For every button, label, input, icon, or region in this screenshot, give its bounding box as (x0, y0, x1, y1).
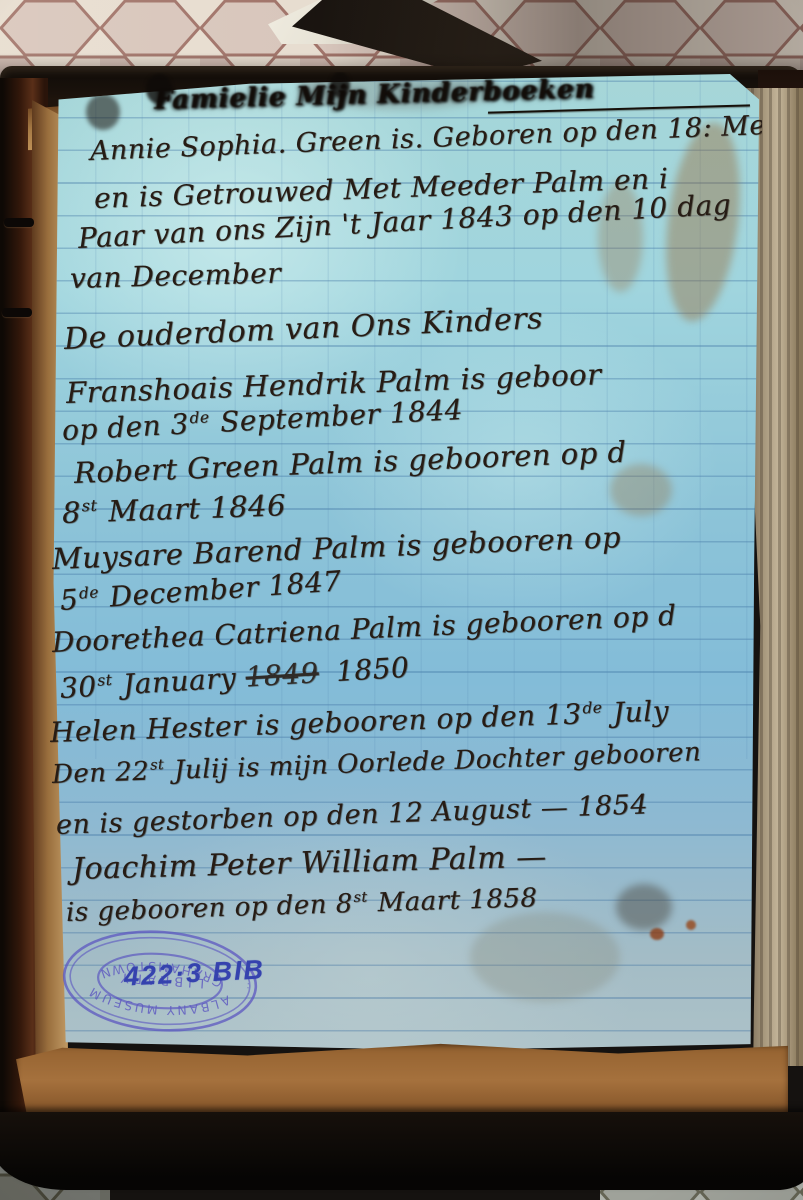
register-entry-1: Annie Sophia. Green is. Geboren op den 1… (89, 109, 762, 167)
photo-of-family-register: Famielie Mijn Kinderboeken Annie Sophia.… (0, 0, 803, 1200)
register-entry-18: is gebooren op den 8st Maart 1858 (66, 883, 538, 928)
register-entry-8: Robert Green Palm is gebooren op d (73, 435, 627, 490)
register-entry-16: en is gestorben op den 12 August — 1854 (55, 789, 648, 841)
register-entry-13: 30st January 1849 1850 (59, 651, 410, 705)
handwritten-register: Famielie Mijn Kinderboeken Annie Sophia.… (50, 72, 762, 1054)
binding-stitch (2, 308, 32, 317)
register-entry-9: 8st Maart 1846 (61, 488, 286, 530)
ink-blot (330, 72, 350, 98)
register-entry-4: van December (70, 256, 282, 295)
book-cover-bottom (0, 1112, 803, 1190)
register-entry-17: Joachim Peter William Palm — (72, 840, 548, 887)
binding-stitch (4, 218, 34, 227)
register-entry-5: De ouderdom van Ons Kinders (63, 301, 543, 357)
ink-blot (146, 74, 172, 104)
